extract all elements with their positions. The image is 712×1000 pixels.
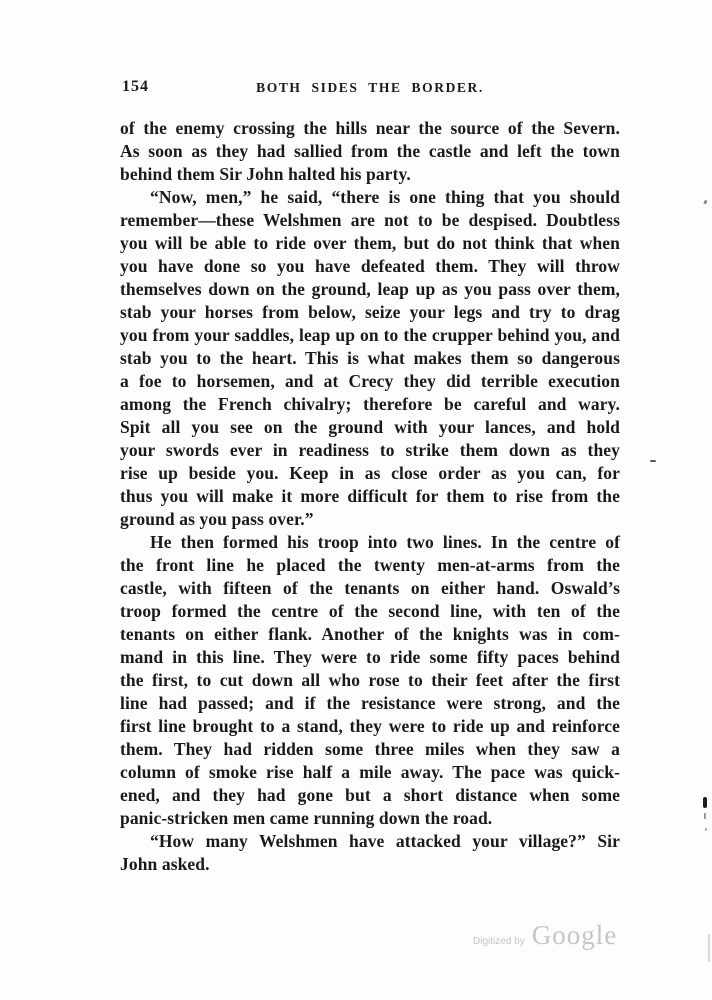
text-line: mand in this line. They were to ride som… [120,646,620,669]
text-line: you from your saddles, leap up on to the… [120,324,620,347]
text-line: column of smoke rise half a mile away. T… [120,761,620,784]
scan-artifact [650,460,656,462]
paragraph: He then formed his troop into two lines.… [120,531,620,830]
text-line: thus you will make it more difficult for… [120,485,620,508]
paragraph: “Now, men,” he said, “there is one thing… [120,186,620,531]
text-line: troop formed the centre of the second li… [120,600,620,623]
scan-artifact [705,828,707,831]
text-line: Spit all you see on the ground with your… [120,416,620,439]
text-block: of the enemy crossing the hills near the… [120,117,620,876]
text-line: you will be able to ride over them, but … [120,232,620,255]
scan-artifact [703,200,707,205]
scan-artifact [703,797,707,808]
text-line: the first, to cut down all who rose to t… [120,669,620,692]
text-line: behind them Sir John halted his party. [120,163,620,186]
paragraph: “How many Welshmen have attacked your vi… [120,830,620,876]
text-line: As soon as they had sallied from the cas… [120,140,620,163]
page-number: 154 [122,78,149,96]
page-header: 154 BOTH SIDES THE BORDER. [120,78,620,98]
scan-artifact [708,934,710,962]
paragraph: of the enemy crossing the hills near the… [120,117,620,186]
text-line: stab you to the heart. This is what make… [120,347,620,370]
scan-artifact [704,813,706,819]
text-line: rise up beside you. Keep in as close ord… [120,462,620,485]
text-line: among the French chivalry; therefore be … [120,393,620,416]
text-line: ened, and they had gone but a short dist… [120,784,620,807]
text-line: tenants on either flank. Another of the … [120,623,620,646]
text-line: a foe to horsemen, and at Crecy they did… [120,370,620,393]
text-line: “How many Welshmen have attacked your vi… [120,830,620,853]
text-line: first line brought to a stand, they were… [120,715,620,738]
text-line: castle, with fifteen of the tenants on e… [120,577,620,600]
text-line: John asked. [120,853,620,876]
text-line: themselves down on the ground, leap up a… [120,278,620,301]
text-line: them. They had ridden some three miles w… [120,738,620,761]
text-line: the front line he placed the twenty men-… [120,554,620,577]
text-line: stab your horses from below, seize your … [120,301,620,324]
google-logo: Google [532,920,617,951]
text-line: you have done so you have defeated them.… [120,255,620,278]
text-line: He then formed his troop into two lines.… [120,531,620,554]
text-line: of the enemy crossing the hills near the… [120,117,620,140]
text-line: your swords ever in readiness to strike … [120,439,620,462]
text-line: panic-stricken men came running down the… [120,807,620,830]
text-line: ground as you pass over.” [120,508,620,531]
text-line: remember—these Welshmen are not to be de… [120,209,620,232]
book-page-scan: 154 BOTH SIDES THE BORDER. of the enemy … [0,0,712,1000]
text-line: line had passed; and if the resistance w… [120,692,620,715]
watermark: Digitized by Google [473,920,617,951]
running-title: BOTH SIDES THE BORDER. [120,78,620,96]
digitized-by-label: Digitized by [473,936,525,947]
text-line: “Now, men,” he said, “there is one thing… [120,186,620,209]
